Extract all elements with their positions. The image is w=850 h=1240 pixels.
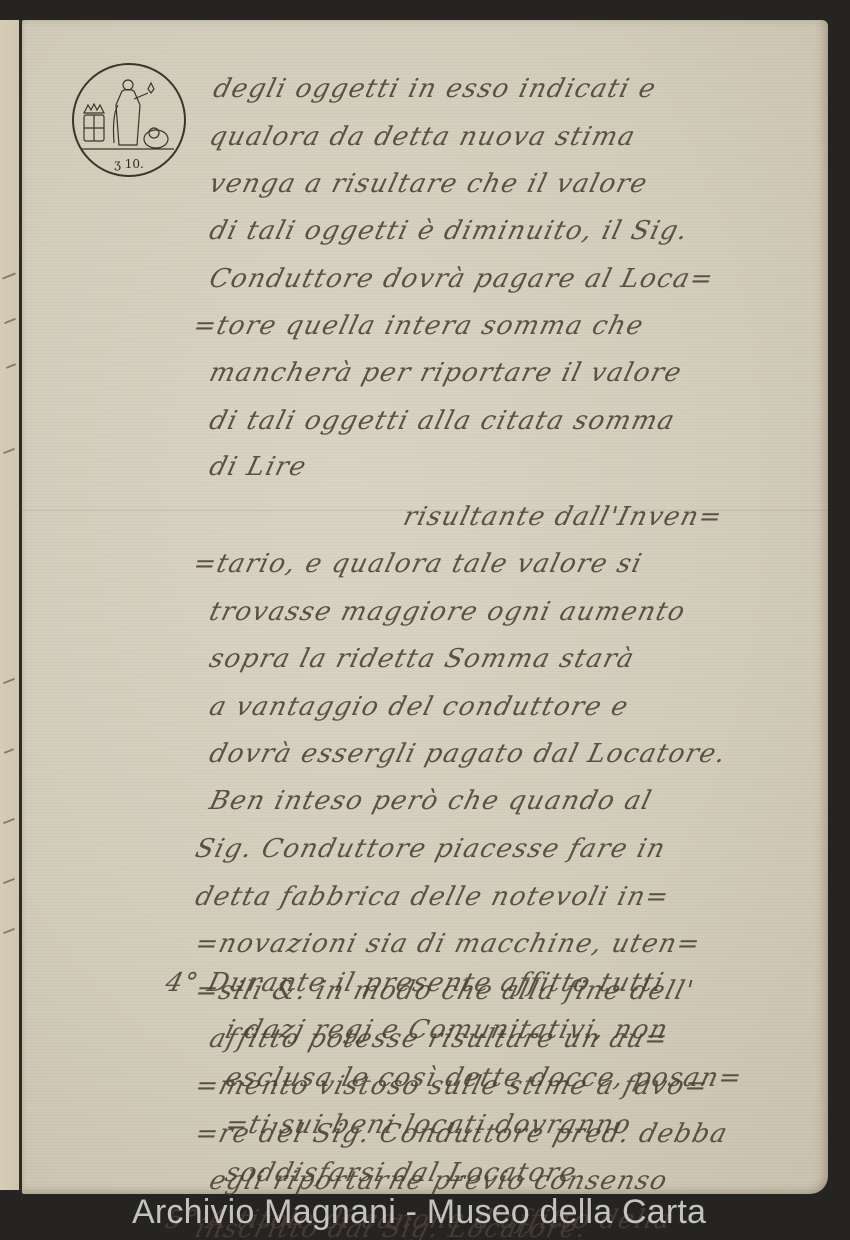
text-line: di tali oggetti alla citata somma [206,406,678,436]
text-line: dovrà essergli pagato dal Locatore. [206,739,730,769]
text-line: di Lire [206,452,310,482]
text-line: venga a risultare che il valore [206,169,651,199]
text-line: 4° Durante il presente affitto tutti [162,968,667,998]
handwriting-fragment [3,818,15,824]
revenue-stamp: ʒ 10. [72,63,186,177]
handwriting-fragment [3,678,15,684]
text-line: i dazj regj e Comunitativi, non [222,1015,671,1045]
archive-watermark: Archivio Magnani - Museo della Carta [132,1193,706,1232]
manuscript-page: ʒ 10. degli oggetti in esso indicati e q… [22,20,828,1194]
text-line: =ti sui beni locati dovranno [222,1110,635,1140]
handwriting-fragment [4,318,16,324]
text-line: sopra la ridetta Somma starà [206,644,638,674]
text-line: di tali oggetti è diminuito, il Sig. [206,216,692,246]
text-line: a vantaggio del conduttore e [206,692,632,722]
text-line: trovasse maggiore ogni aumento [206,597,689,627]
text-line: =tario, e qualora tale valore si [190,549,645,579]
text-line: mancherà per riportare il valore [206,358,685,388]
stamp-value: ʒ 10. [74,157,184,171]
text-line: =tore quella intera somma che [190,311,647,341]
handwriting-fragment [3,928,15,934]
text-line: Conduttore dovrà pagare al Loca= [206,264,717,294]
handwriting-fragment [4,748,14,754]
text-line: soddisfarsi dal Locatore [222,1158,580,1188]
handwriting-fragment [3,878,15,884]
text-line: =novazioni sia di macchine, uten= [192,929,704,959]
handwriting-fragment [6,363,16,369]
text-line: qualora da detta nuova stima [206,122,639,152]
text-line: risultante dall'Inven= [400,502,726,532]
handwriting-fragment [2,272,16,279]
handwriting-fragment [3,448,15,454]
text-line: Sig. Conduttore piacesse fare in [192,834,669,864]
text-line: esclusa le così dette docce, posan= [222,1063,746,1093]
adjacent-left-page [0,20,20,1190]
text-line: detta fabbrica delle notevoli in= [192,882,672,912]
text-line: Ben inteso però che quando al [206,786,655,816]
text-line: degli oggetti in esso indicati e [210,74,659,104]
